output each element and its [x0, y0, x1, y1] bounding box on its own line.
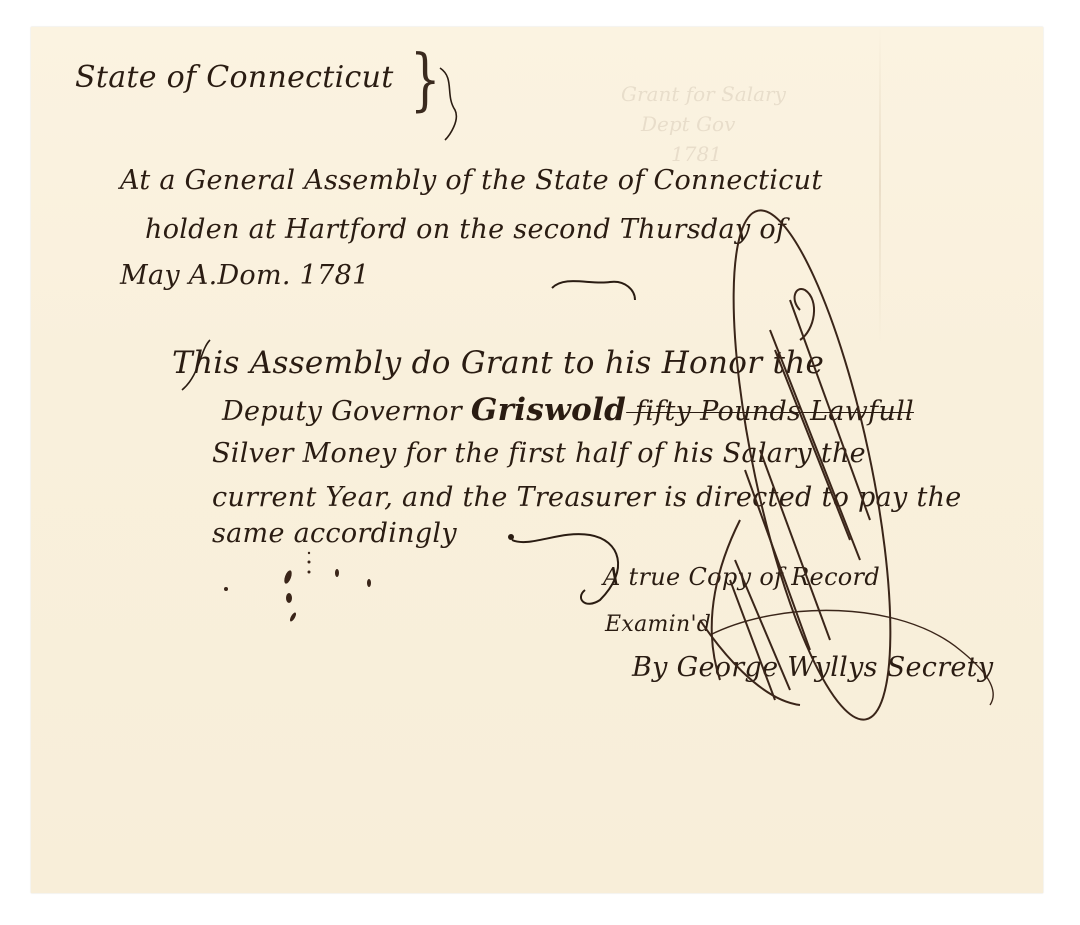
body-line: This Assembly do Grant to his Honor the	[172, 345, 824, 381]
document-heading: State of Connecticut	[75, 60, 394, 95]
body-line: Deputy Governor Griswold fifty Pounds La…	[222, 392, 914, 428]
preamble-line: holden at Hartford on the second Thursda…	[145, 214, 786, 245]
preamble-line: May A.Dom. 1781	[120, 260, 370, 291]
body-text: fifty Pounds Lawfull	[626, 396, 914, 427]
attestation-line: Examin'd	[605, 612, 711, 637]
heading-brace: }	[410, 41, 441, 119]
body-line: current Year, and the Treasurer is direc…	[212, 482, 962, 513]
body-line: Silver Money for the first half of his S…	[212, 438, 866, 469]
paper-fold-crease	[879, 27, 881, 347]
attestation-line: A true Copy of Record	[603, 563, 880, 591]
preamble-line: At a General Assembly of the State of Co…	[120, 165, 822, 196]
body-text: Deputy Governor	[222, 396, 471, 427]
bleed-through-text: 1781	[671, 142, 722, 166]
bleed-through-text: Dept Gov	[641, 112, 735, 136]
bleed-through-text: Grant for Salary	[621, 82, 786, 106]
grantee-name: Griswold	[471, 392, 626, 428]
signature-line: By George Wyllys Secrety	[632, 652, 993, 683]
body-line: same accordingly	[212, 518, 457, 549]
